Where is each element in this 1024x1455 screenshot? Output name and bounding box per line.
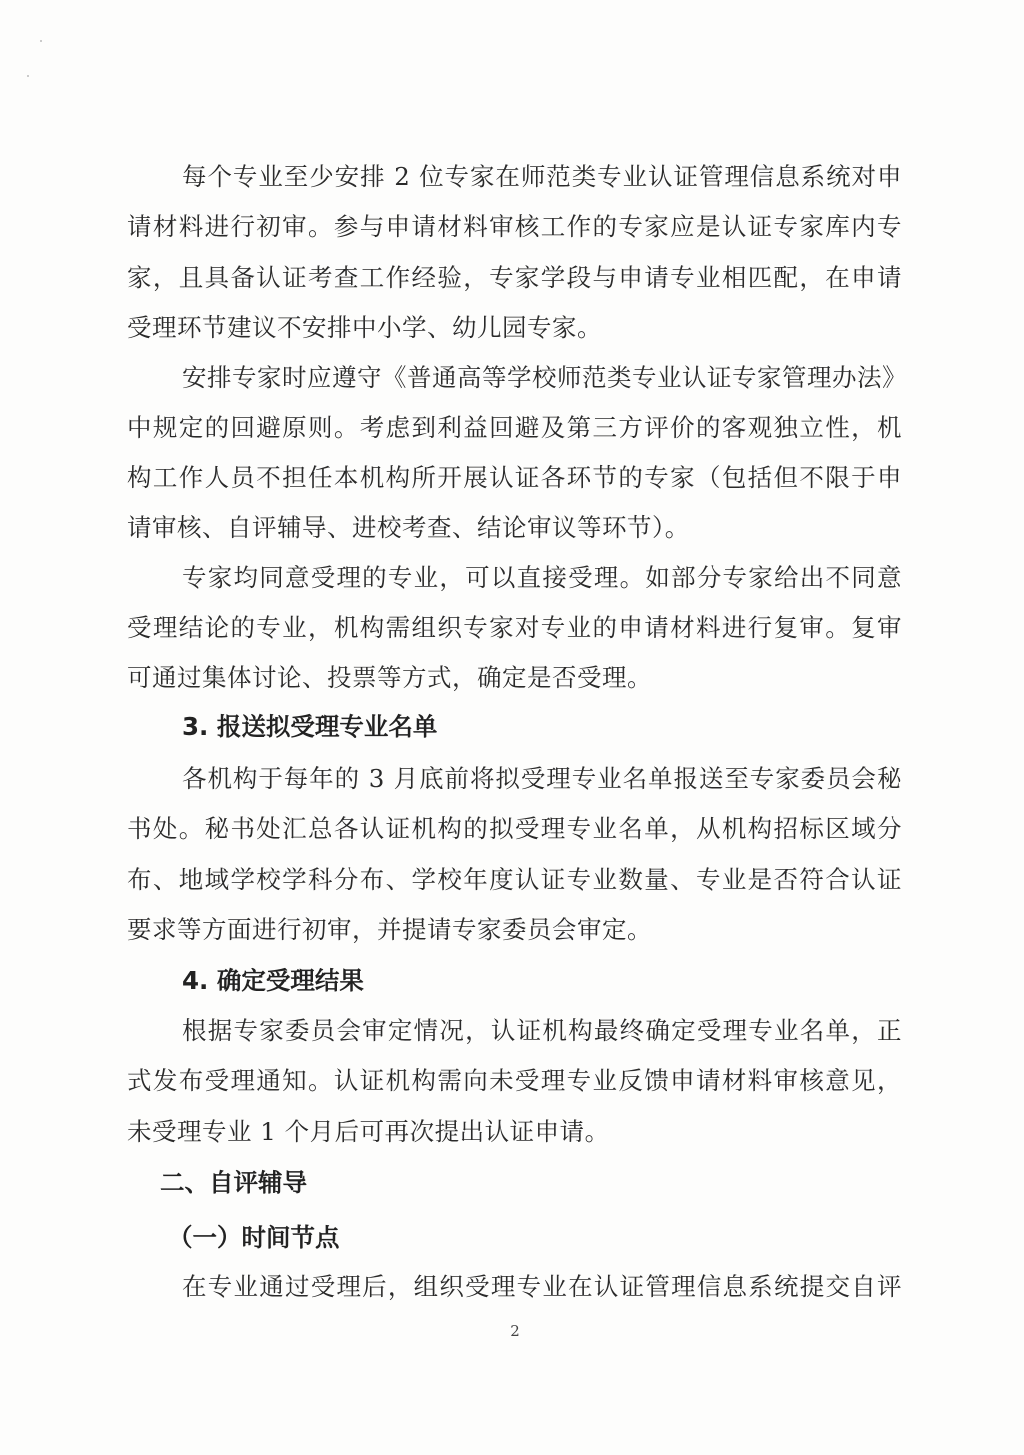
subsection-heading-timeline: （一）时间节点 bbox=[168, 1222, 340, 1254]
paragraph-line: 专家均同意受理的专业，可以直接受理。如部分专家给出不同意 bbox=[182, 562, 902, 594]
section-heading-self-evaluation: 二、自评辅导 bbox=[160, 1167, 307, 1199]
heading-confirm-result: 4. 确定受理结果 bbox=[182, 965, 364, 997]
paragraph-line: 在专业通过受理后，组织受理专业在认证管理信息系统提交自评 bbox=[182, 1271, 902, 1303]
document-page: 每个专业至少安排 2 位专家在师范类专业认证管理信息系统对申 请材料进行初审。参… bbox=[0, 0, 1024, 1455]
paragraph-line: 受理结论的专业，机构需组织专家对专业的申请材料进行复审。复审 bbox=[127, 612, 902, 644]
paragraph-line: 每个专业至少安排 2 位专家在师范类专业认证管理信息系统对申 bbox=[182, 161, 902, 193]
paragraph-line: 未受理专业 1 个月后可再次提出认证申请。 bbox=[127, 1116, 902, 1148]
paragraph-line: 各机构于每年的 3 月底前将拟受理专业名单报送至专家委员会秘 bbox=[182, 763, 902, 795]
page-number: 2 bbox=[505, 1322, 525, 1340]
paragraph-line: 式发布受理通知。认证机构需向未受理专业反馈申请材料审核意见， bbox=[127, 1065, 902, 1097]
heading-submit-list: 3. 报送拟受理专业名单 bbox=[182, 711, 437, 743]
paragraph-line: 请审核、自评辅导、进校考查、结论审议等环节）。 bbox=[127, 512, 902, 544]
scan-speck bbox=[40, 40, 42, 42]
paragraph-line: 家，且具备认证考查工作经验，专家学段与申请专业相匹配，在申请 bbox=[127, 262, 902, 294]
paragraph-line: 受理环节建议不安排中小学、幼儿园专家。 bbox=[127, 312, 902, 344]
paragraph-line: 布、地域学校学科分布、学校年度认证专业数量、专业是否符合认证 bbox=[127, 864, 902, 896]
paragraph-line: 请材料进行初审。参与申请材料审核工作的专家应是认证专家库内专 bbox=[127, 211, 902, 243]
paragraph-line: 书处。秘书处汇总各认证机构的拟受理专业名单，从机构招标区域分 bbox=[127, 813, 902, 845]
scan-speck bbox=[27, 75, 29, 77]
paragraph-line: 中规定的回避原则。考虑到利益回避及第三方评价的客观独立性，机 bbox=[127, 412, 902, 444]
paragraph-line: 构工作人员不担任本机构所开展认证各环节的专家（包括但不限于申 bbox=[127, 462, 902, 494]
paragraph-line: 要求等方面进行初审，并提请专家委员会审定。 bbox=[127, 914, 902, 946]
paragraph-line: 根据专家委员会审定情况，认证机构最终确定受理专业名单，正 bbox=[182, 1015, 902, 1047]
paragraph-line: 安排专家时应遵守《普通高等学校师范类专业认证专家管理办法》 bbox=[182, 362, 902, 394]
paragraph-line: 可通过集体讨论、投票等方式，确定是否受理。 bbox=[127, 662, 902, 694]
